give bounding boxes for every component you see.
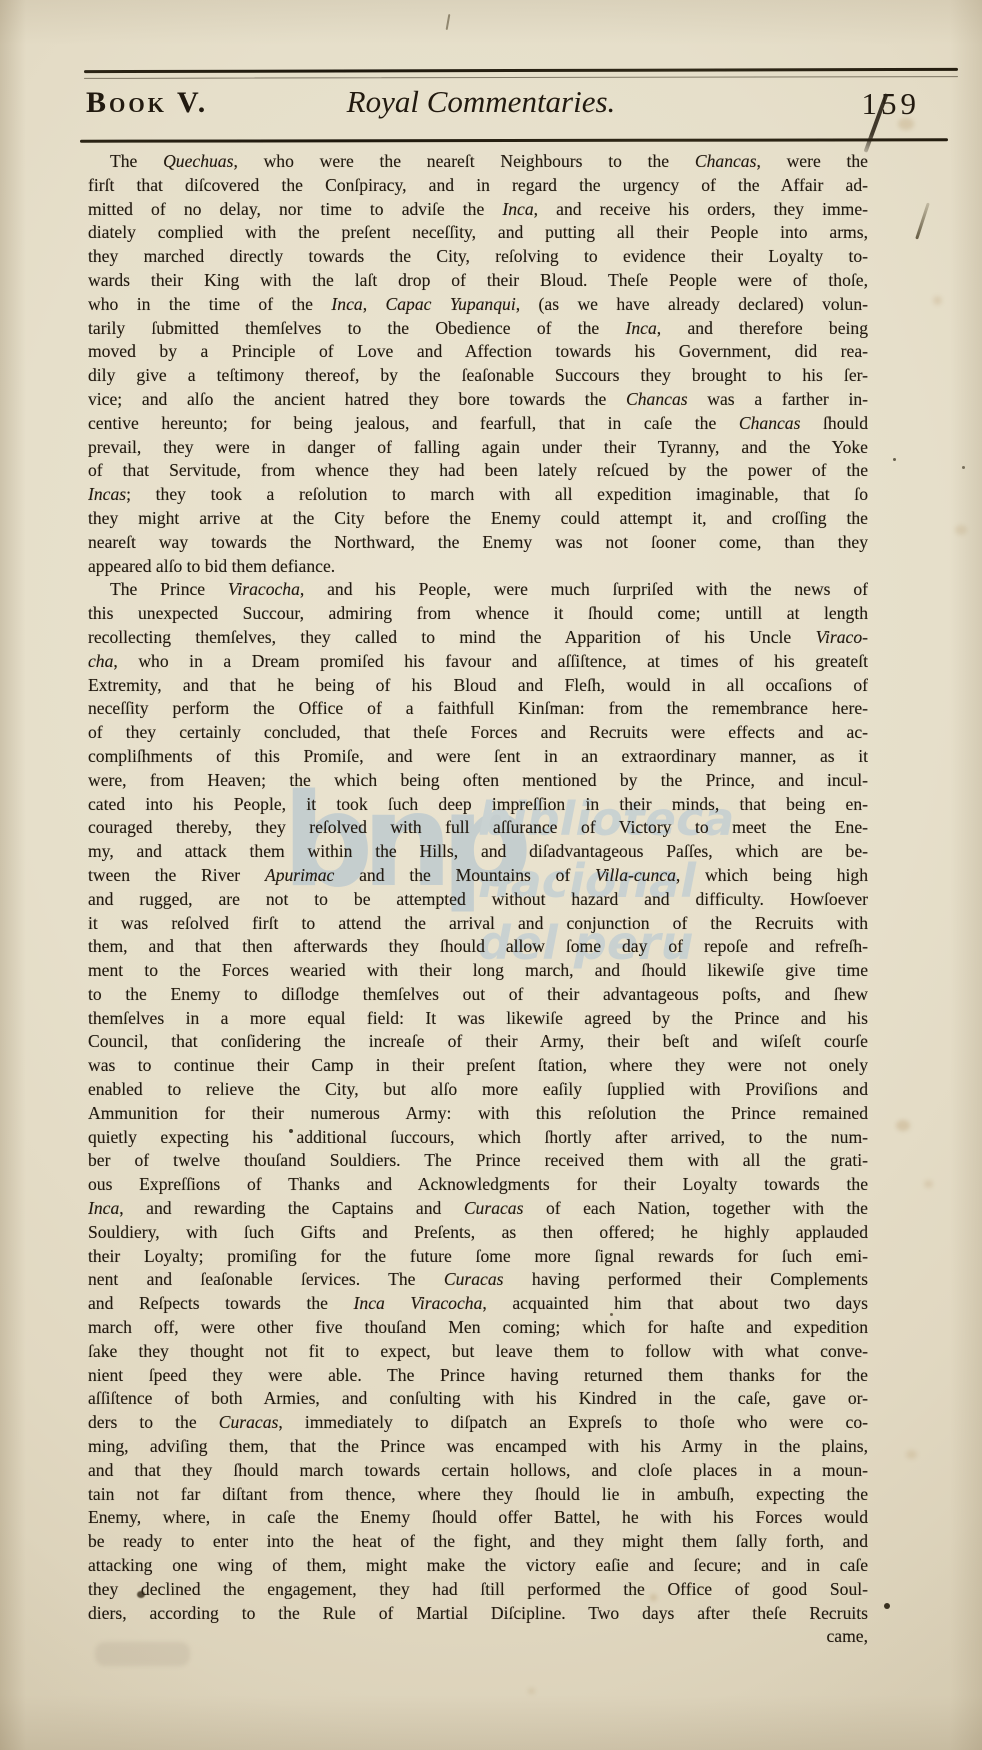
text-line: attacking one wing of them, might make t… (88, 1554, 868, 1578)
ink-dot (884, 1603, 890, 1609)
text-line: Extremity, and that he being of his Blou… (88, 674, 868, 698)
bleed-through-ghost (95, 1642, 190, 1666)
ink-speck (289, 1129, 293, 1133)
running-title: Royal Commentaries. (0, 84, 972, 120)
text-line: my, and attack them within the Hills, an… (88, 840, 868, 864)
book-page-scan: bnp biblioteca nacional del peru Book V.… (0, 0, 982, 1750)
text-line: diers, according to the Rule of Martial … (88, 1602, 868, 1626)
text-line: compliſhments of this Promiſe, and were … (88, 745, 868, 769)
pen-mark-top-center (446, 14, 451, 30)
text-line: nient ſpeed they were able. The Prince h… (88, 1364, 868, 1388)
text-line: The Prince Viracocha, and his People, we… (88, 578, 868, 602)
header-rule-top (84, 68, 958, 73)
text-line: this unexpected Succour, admiring from w… (88, 602, 868, 626)
fox-spot (898, 118, 914, 130)
fox-spot (924, 1180, 933, 1188)
text-line: The Quechuas, who were the neareſt Neigh… (88, 150, 868, 174)
text-line: tain not far diſtant from thence, where … (88, 1483, 868, 1507)
pen-mark-right-margin (915, 202, 930, 239)
text-line: it was reſolved firſt to attend the arri… (88, 912, 868, 936)
text-line: who in the time of the Inca, Capac Yupan… (88, 293, 868, 317)
text-line: couraged thereby, they reſolved with ful… (88, 816, 868, 840)
text-line: cha, who in a Dream promiſed his favour … (88, 650, 868, 674)
body-text: The Quechuas, who were the neareſt Neigh… (88, 150, 868, 1649)
text-line: they declined the engagement, they had ſ… (88, 1578, 868, 1602)
text-line: ders to the Curacas, immediately to diſp… (88, 1411, 868, 1435)
text-line: aſſiſtence of both Armies, and conſultin… (88, 1387, 868, 1411)
text-line: tween the River Apurimac and the Mountai… (88, 864, 868, 888)
text-line: mitted of no delay, nor time to adviſe t… (88, 198, 868, 222)
text-line: diately complied with the preſent neceſſ… (88, 221, 868, 245)
text-line: of that Servitude, from whence they had … (88, 459, 868, 483)
text-line: was to continue their Camp in their preſ… (88, 1054, 868, 1078)
paragraph: The Quechuas, who were the neareſt Neigh… (88, 150, 868, 578)
text-line: Enemy, where, in caſe the Enemy ſhould o… (88, 1506, 868, 1530)
text-line: and rugged, are not to be attempted with… (88, 888, 868, 912)
text-line: they might arrive at the City before the… (88, 507, 868, 531)
text-line: cated into his People, it took ſuch deep… (88, 793, 868, 817)
ink-speck (962, 466, 965, 469)
fox-spot (933, 296, 942, 305)
paragraph: The Prince Viracocha, and his People, we… (88, 578, 868, 1625)
text-line: ſake they thought not fit to expect, but… (88, 1340, 868, 1364)
text-line: Ammunition for their numerous Army: with… (88, 1102, 868, 1126)
text-line: to the Enemy to diſlodge themſelves out … (88, 983, 868, 1007)
header-rule-top-echo (84, 76, 958, 79)
text-line: ous Expreſſions of Thanks and Acknowledg… (88, 1173, 868, 1197)
ink-speck (610, 1313, 613, 1316)
text-line: vice; and alſo the ancient hatred they b… (88, 388, 868, 412)
text-line: Incas; they took a reſolution to march w… (88, 483, 868, 507)
text-line: themſelves in a more equal field: It was… (88, 1007, 868, 1031)
fox-spot (896, 1120, 910, 1131)
text-line: nent and ſeaſonable ſervices. The Curaca… (88, 1268, 868, 1292)
text-line: tarily ſubmitted themſelves to the Obedi… (88, 317, 868, 341)
text-line: of they certainly concluded, that theſe … (88, 721, 868, 745)
text-line: moved by a Principle of Love and Affecti… (88, 340, 868, 364)
text-line: neareſt way towards the Northward, the E… (88, 531, 868, 555)
text-line: and that they ſhould march towards certa… (88, 1459, 868, 1483)
fox-spot (528, 1688, 535, 1694)
fox-spot (955, 525, 967, 535)
fox-spot (906, 1450, 917, 1459)
text-line: and Reſpects towards the Inca Viracocha,… (88, 1292, 868, 1316)
text-line: firſt that diſcovered the Conſpiracy, an… (88, 174, 868, 198)
fox-spot (650, 1594, 657, 1601)
header-rule-bottom (80, 138, 948, 142)
text-line: dily give a teſtimony thereof, by the ſe… (88, 364, 868, 388)
text-line: centive hereunto; for being jealous, and… (88, 412, 868, 436)
text-line: Souldiery, with ſuch Gifts and Preſents,… (88, 1221, 868, 1245)
ink-smudge (137, 1591, 145, 1598)
text-line: Council, that conſidering the increaſe o… (88, 1030, 868, 1054)
text-line: were, from Heaven; the which being often… (88, 769, 868, 793)
text-line: they marched directly towards the City, … (88, 245, 868, 269)
text-line: march off, were other five thouſand Men … (88, 1316, 868, 1340)
text-line: appeared alſo to bid them defiance. (88, 555, 868, 579)
text-line: neceſſity perform the Office of a faithf… (88, 697, 868, 721)
catchword: came, (88, 1625, 868, 1649)
text-line: their Loyalty; promiſing for the future … (88, 1245, 868, 1269)
fox-spot (303, 443, 311, 450)
text-line: enabled to relieve the City, but alſo mo… (88, 1078, 868, 1102)
text-line: recollecting themſelves, they called to … (88, 626, 868, 650)
ink-speck (893, 458, 896, 461)
text-line: Inca, and rewarding the Captains and Cur… (88, 1197, 868, 1221)
text-line: ment to the Forces wearied with their lo… (88, 959, 868, 983)
text-line: prevail, they were in danger of falling … (88, 436, 868, 460)
text-line: quietly expecting his additional ſuccour… (88, 1126, 868, 1150)
text-line: be ready to enter into the heat of the f… (88, 1530, 868, 1554)
text-line: ber of twelve thouſand Souldiers. The Pr… (88, 1149, 868, 1173)
page-number: 159 (862, 86, 921, 122)
text-line: ming, adviſing them, that the Prince was… (88, 1435, 868, 1459)
text-line: them, and that then afterwards they ſhou… (88, 935, 868, 959)
text-line: wards their King with the laſt drop of t… (88, 269, 868, 293)
